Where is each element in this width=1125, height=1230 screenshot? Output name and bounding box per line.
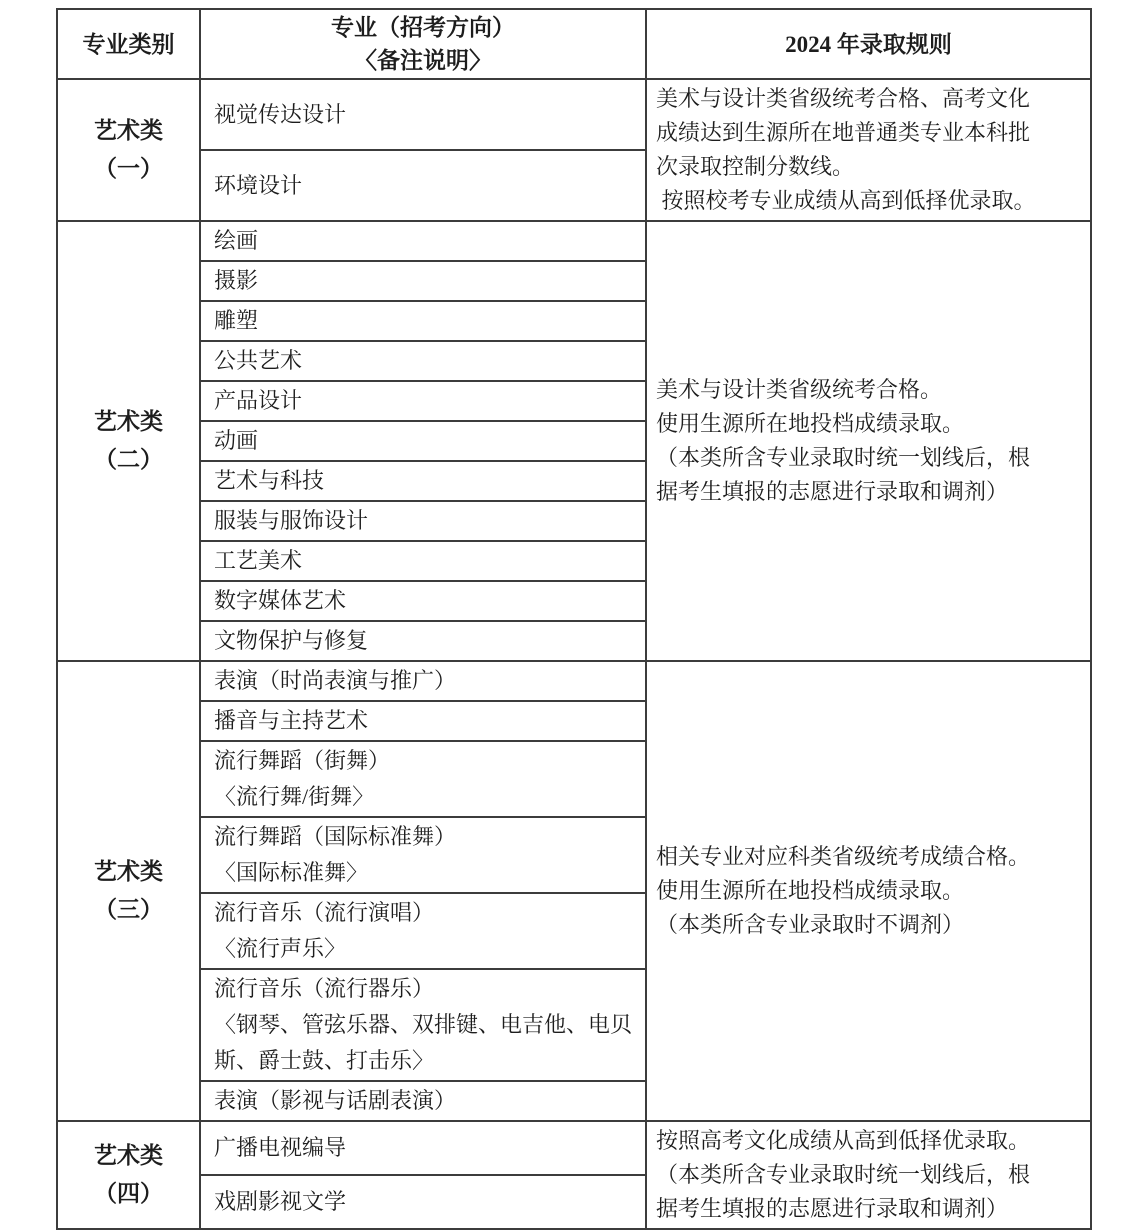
major-cell: 广播电视编导 <box>200 1121 646 1175</box>
table-row: 艺术类 （三） 表演（时尚表演与推广） 相关专业对应科类省级统考成绩合格。 使用… <box>57 661 1091 701</box>
major-cell: 表演（影视与话剧表演） <box>200 1081 646 1121</box>
major-cell: 戏剧影视文学 <box>200 1175 646 1229</box>
major-cell: 动画 <box>200 421 646 461</box>
table-row: 艺术类 （一） 视觉传达设计 美术与设计类省级统考合格、高考文化 成绩达到生源所… <box>57 79 1091 150</box>
rule-cell-group3: 相关专业对应科类省级统考成绩合格。 使用生源所在地投档成绩录取。 （本类所含专业… <box>646 661 1091 1121</box>
header-category: 专业类别 <box>57 9 200 79</box>
table-row: 艺术类 （二） 绘画 美术与设计类省级统考合格。 使用生源所在地投档成绩录取。 … <box>57 221 1091 261</box>
category-cell-group1: 艺术类 （一） <box>57 79 200 221</box>
major-cell: 服装与服饰设计 <box>200 501 646 541</box>
major-cell: 摄影 <box>200 261 646 301</box>
category-cell-group3: 艺术类 （三） <box>57 661 200 1121</box>
category-cell-group2: 艺术类 （二） <box>57 221 200 661</box>
major-cell: 文物保护与修复 <box>200 621 646 661</box>
major-cell: 环境设计 <box>200 150 646 221</box>
major-cell: 流行舞蹈（国际标准舞） 〈国际标准舞〉 <box>200 817 646 893</box>
table-header-row: 专业类别 专业（招考方向） 〈备注说明〉 2024 年录取规则 <box>57 9 1091 79</box>
major-cell: 表演（时尚表演与推广） <box>200 661 646 701</box>
page: 专业类别 专业（招考方向） 〈备注说明〉 2024 年录取规则 艺术类 （一） … <box>0 0 1125 1174</box>
rule-cell-group1: 美术与设计类省级统考合格、高考文化 成绩达到生源所在地普通类专业本科批 次录取控… <box>646 79 1091 221</box>
category-cell-group4: 艺术类 （四） <box>57 1121 200 1229</box>
major-cell: 播音与主持艺术 <box>200 701 646 741</box>
header-rule: 2024 年录取规则 <box>646 9 1091 79</box>
major-cell: 流行舞蹈（街舞） 〈流行舞/街舞〉 <box>200 741 646 817</box>
major-cell: 艺术与科技 <box>200 461 646 501</box>
major-cell: 公共艺术 <box>200 341 646 381</box>
major-cell: 工艺美术 <box>200 541 646 581</box>
rule-cell-group2: 美术与设计类省级统考合格。 使用生源所在地投档成绩录取。 （本类所含专业录取时统… <box>646 221 1091 661</box>
rule-cell-group4: 按照高考文化成绩从高到低择优录取。 （本类所含专业录取时统一划线后，根 据考生填… <box>646 1121 1091 1229</box>
major-cell: 流行音乐（流行演唱） 〈流行声乐〉 <box>200 893 646 969</box>
major-cell: 雕塑 <box>200 301 646 341</box>
major-cell: 产品设计 <box>200 381 646 421</box>
major-cell: 流行音乐（流行器乐） 〈钢琴、管弦乐器、双排键、电吉他、电贝 斯、爵士鼓、打击乐… <box>200 969 646 1081</box>
header-major: 专业（招考方向） 〈备注说明〉 <box>200 9 646 79</box>
major-cell: 视觉传达设计 <box>200 79 646 150</box>
table-row: 艺术类 （四） 广播电视编导 按照高考文化成绩从高到低择优录取。 （本类所含专业… <box>57 1121 1091 1175</box>
admission-rules-table: 专业类别 专业（招考方向） 〈备注说明〉 2024 年录取规则 艺术类 （一） … <box>56 8 1092 1230</box>
major-cell: 绘画 <box>200 221 646 261</box>
major-cell: 数字媒体艺术 <box>200 581 646 621</box>
